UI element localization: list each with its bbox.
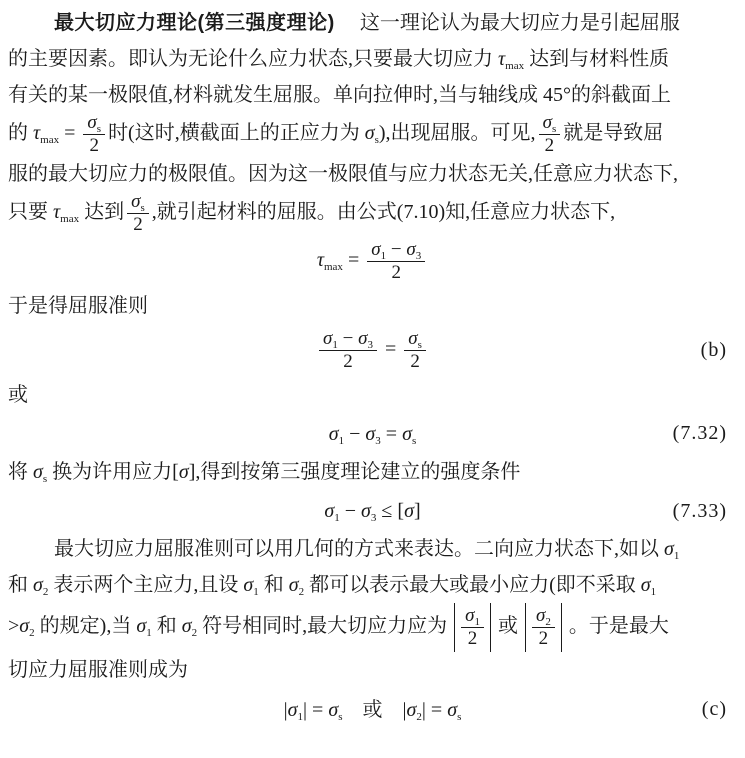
- subscript: max: [505, 60, 524, 72]
- text-run: 有关的某一极限值,材料就发生屈服。单向拉伸时,当与轴线成 45°的斜截面上: [8, 84, 671, 106]
- subscript: 2: [545, 616, 551, 628]
- equation: σ1 − σ3 ≤ [σ]: [324, 496, 420, 526]
- text-run: ],得到按第三强度理论建立的强度条件: [189, 461, 521, 483]
- text-run: −: [338, 328, 358, 349]
- equation-label: (c): [702, 694, 727, 724]
- formula-line: σ1 − σ3 ≤ [σ](7.33): [8, 495, 737, 526]
- subscript: 1: [651, 586, 657, 598]
- math-variable: σ1: [324, 500, 339, 522]
- denominator: 2: [545, 135, 555, 156]
- text-run: 的主要因素。即认为无论什么应力状态,只要最大切应力: [8, 48, 498, 70]
- denominator: 2: [133, 214, 143, 235]
- numerator: σs: [127, 192, 149, 214]
- math-variable: τmax: [53, 201, 79, 223]
- formula-line: σ1 − σ3 = σs(7.32): [8, 418, 737, 449]
- denominator: 2: [391, 262, 401, 283]
- math-variable: σ1: [288, 699, 303, 721]
- text-run: =: [59, 122, 80, 144]
- paragraph-line: 有关的某一极限值,材料就发生屈服。单向拉伸时,当与轴线成 45°的斜截面上: [8, 77, 737, 113]
- text-run: 就是导致屈: [563, 122, 663, 144]
- text-run: 最大切应力屈服准则可以用几何的方式来表达。二向应力状态下,如以: [54, 538, 664, 560]
- math-variable: σ3: [406, 239, 421, 260]
- heading-text: 最大切应力理论(第三强度理论): [54, 12, 335, 34]
- text-run: 服的最大切应力的极限值。因为这一极限值与应力状态无关,任意应力状态下,: [8, 163, 678, 185]
- math-variable: σ3: [358, 328, 373, 349]
- text-run: =: [343, 249, 364, 271]
- subscript: s: [457, 711, 461, 723]
- text-run: 2: [343, 351, 353, 372]
- paragraph-line: 的主要因素。即认为无论什么应力状态,只要最大切应力 τmax 达到与材料性质: [8, 41, 737, 77]
- text-run: 于是得屈服准则: [8, 295, 148, 317]
- text-run: 将: [8, 461, 33, 483]
- text-run: | =: [422, 699, 447, 721]
- equation: |σ1| = σs 或 |σ2| = σs: [284, 695, 462, 725]
- subscript: 3: [416, 250, 422, 262]
- paragraph-line: 切应力屈服准则成为: [8, 652, 737, 688]
- math-variable: σ2: [289, 574, 304, 596]
- paragraph-line: 只要 τmax 达到σs2,就引起材料的屈服。由公式(7.10)知,任意应力状态…: [8, 192, 737, 235]
- denominator: 2: [410, 351, 420, 372]
- text-run: 时(这时,横截面上的正应力为: [108, 122, 365, 144]
- text-run: 2: [468, 628, 478, 649]
- subscript: s: [412, 435, 416, 447]
- math-variable: σs: [408, 328, 422, 349]
- numerator: σ1: [461, 606, 484, 628]
- text-run: 或 |: [343, 699, 407, 721]
- math-variable: σ2: [33, 574, 48, 596]
- text-run: 达到: [79, 201, 124, 223]
- math-variable: τmax: [33, 122, 59, 144]
- math-variable: τmax: [317, 249, 343, 271]
- text-run: 的规定),当: [35, 615, 137, 637]
- text-run: 切应力屈服准则成为: [8, 659, 188, 681]
- fraction: σs2: [404, 329, 426, 372]
- math-variable: σ1: [465, 605, 480, 626]
- text-run: 和: [259, 574, 289, 596]
- text-run: 2: [133, 214, 143, 235]
- text-run: 2: [89, 135, 99, 156]
- math-variable: σ1: [371, 239, 386, 260]
- text-run: ≤ [: [376, 500, 404, 522]
- text-run: ,就引起材料的屈服。由公式(7.10)知,任意应力状态下,: [152, 201, 615, 223]
- equation-label: (7.33): [673, 496, 727, 526]
- formula-line: |σ1| = σs 或 |σ2| = σs(c): [8, 693, 737, 724]
- text-run: >: [8, 615, 19, 637]
- text-run: 这一理论认为最大切应力是引起屈服: [335, 12, 680, 34]
- equation-label: (b): [701, 335, 727, 365]
- math-variable: σ3: [365, 423, 380, 445]
- numerator: σ1 − σ3: [367, 240, 425, 262]
- math-variable: σ1: [664, 538, 679, 560]
- paragraph-line: >σ2 的规定),当 σ1 和 σ2 符号相同时,最大切应力应为σ12或σ22。…: [8, 603, 737, 652]
- text-run: −: [344, 423, 365, 445]
- text-run: 换为许用应力[: [47, 461, 179, 483]
- fraction: σs2: [539, 113, 561, 156]
- math-variable: σ: [404, 500, 414, 522]
- text-run: 的: [8, 122, 33, 144]
- math-variable: σs: [328, 699, 342, 721]
- subscript: max: [60, 213, 79, 225]
- equation: τmax = σ1 − σ32: [317, 240, 428, 283]
- numerator: σs: [83, 113, 105, 135]
- paragraph-line: 的 τmax = σs2时(这时,横截面上的正应力为 σs),出现屈服。可见,σ…: [8, 113, 737, 156]
- text-run: 和: [8, 574, 33, 596]
- subscript: 3: [368, 339, 374, 351]
- math-variable: σs: [87, 112, 101, 133]
- subscript: s: [97, 123, 101, 135]
- math-variable: σ2: [407, 699, 422, 721]
- text-run: −: [386, 239, 406, 260]
- document-body: 最大切应力理论(第三强度理论) 这一理论认为最大切应力是引起屈服的主要因素。即认…: [8, 5, 737, 725]
- numerator: σs: [539, 113, 561, 135]
- math-variable: σ1: [323, 328, 338, 349]
- math-variable: σ: [179, 461, 189, 483]
- subscript: 1: [474, 616, 480, 628]
- paragraph-line: 最大切应力理论(第三强度理论) 这一理论认为最大切应力是引起屈服: [8, 5, 737, 41]
- subscript: s: [418, 339, 422, 351]
- text-run: 或: [498, 615, 518, 637]
- fraction: σs2: [127, 192, 149, 235]
- text-run: 达到与材料性质: [524, 48, 669, 70]
- math-variable: τmax: [498, 48, 524, 70]
- paragraph-line: 将 σs 换为许用应力[σ],得到按第三强度理论建立的强度条件: [8, 454, 737, 490]
- formula-line: τmax = σ1 − σ32: [8, 240, 737, 283]
- math-variable: σ1: [641, 574, 656, 596]
- abs-fraction: σ12: [454, 603, 491, 652]
- subscript: s: [552, 123, 556, 135]
- math-variable: σs: [365, 122, 379, 144]
- math-variable: σs: [543, 112, 557, 133]
- text-run: =: [381, 423, 402, 445]
- math-variable: σ1: [329, 423, 344, 445]
- equation-label: (7.32): [673, 418, 727, 448]
- subscript: max: [324, 261, 343, 273]
- text-run: ),出现屈服。可见,: [379, 122, 536, 144]
- text-run: 2: [545, 135, 555, 156]
- paragraph-line: 和 σ2 表示两个主应力,且设 σ1 和 σ2 都可以表示最大或最小应力(即不采…: [8, 567, 737, 603]
- text-run: 或: [8, 384, 28, 406]
- text-run: 符号相同时,最大切应力应为: [197, 615, 447, 637]
- text-run: −: [340, 500, 361, 522]
- equation: σ1 − σ3 = σs: [329, 419, 416, 449]
- math-variable: σ3: [361, 500, 376, 522]
- text-run: 2: [410, 351, 420, 372]
- denominator: 2: [343, 351, 353, 372]
- math-variable: σ1: [136, 615, 151, 637]
- numerator: σ1 − σ3: [319, 329, 377, 351]
- math-variable: σs: [402, 423, 416, 445]
- numerator: σ2: [532, 606, 555, 628]
- text-run: 2: [391, 262, 401, 283]
- text-run: 2: [539, 628, 549, 649]
- numerator: σs: [404, 329, 426, 351]
- paragraph-line: 最大切应力屈服准则可以用几何的方式来表达。二向应力状态下,如以 σ1: [8, 531, 737, 567]
- text-run: 都可以表示最大或最小应力(即不采取: [304, 574, 641, 596]
- text-run: 表示两个主应力,且设: [48, 574, 243, 596]
- fraction: σ1 − σ32: [367, 240, 425, 283]
- subscript: s: [141, 202, 145, 214]
- math-variable: σ1: [243, 574, 258, 596]
- denominator: 2: [89, 135, 99, 156]
- formula-line: σ1 − σ32 = σs2(b): [8, 329, 737, 372]
- document-page: 最大切应力理论(第三强度理论) 这一理论认为最大切应力是引起屈服的主要因素。即认…: [0, 0, 745, 758]
- text-run: 只要: [8, 201, 53, 223]
- math-variable: σ2: [182, 615, 197, 637]
- text-run: | =: [303, 699, 328, 721]
- paragraph-line: 服的最大切应力的极限值。因为这一极限值与应力状态无关,任意应力状态下,: [8, 156, 737, 192]
- math-variable: σs: [131, 191, 145, 212]
- fraction: σs2: [83, 113, 105, 156]
- math-variable: σ2: [536, 605, 551, 626]
- denominator: 2: [539, 628, 549, 649]
- denominator: 2: [468, 628, 478, 649]
- paragraph-line: 于是得屈服准则: [8, 288, 737, 324]
- math-variable: σ2: [19, 615, 34, 637]
- math-variable: σs: [33, 461, 47, 483]
- text-run: =: [380, 338, 401, 360]
- abs-fraction: σ22: [525, 603, 562, 652]
- paragraph-line: 或: [8, 377, 737, 413]
- equation: σ1 − σ32 = σs2: [316, 329, 429, 372]
- text-run: 和: [152, 615, 182, 637]
- subscript: max: [40, 134, 59, 146]
- math-variable: σs: [447, 699, 461, 721]
- text-run: ]: [414, 500, 421, 522]
- subscript: 1: [674, 550, 680, 562]
- fraction: σ1 − σ32: [319, 329, 377, 372]
- text-run: 。于是最大: [569, 615, 669, 637]
